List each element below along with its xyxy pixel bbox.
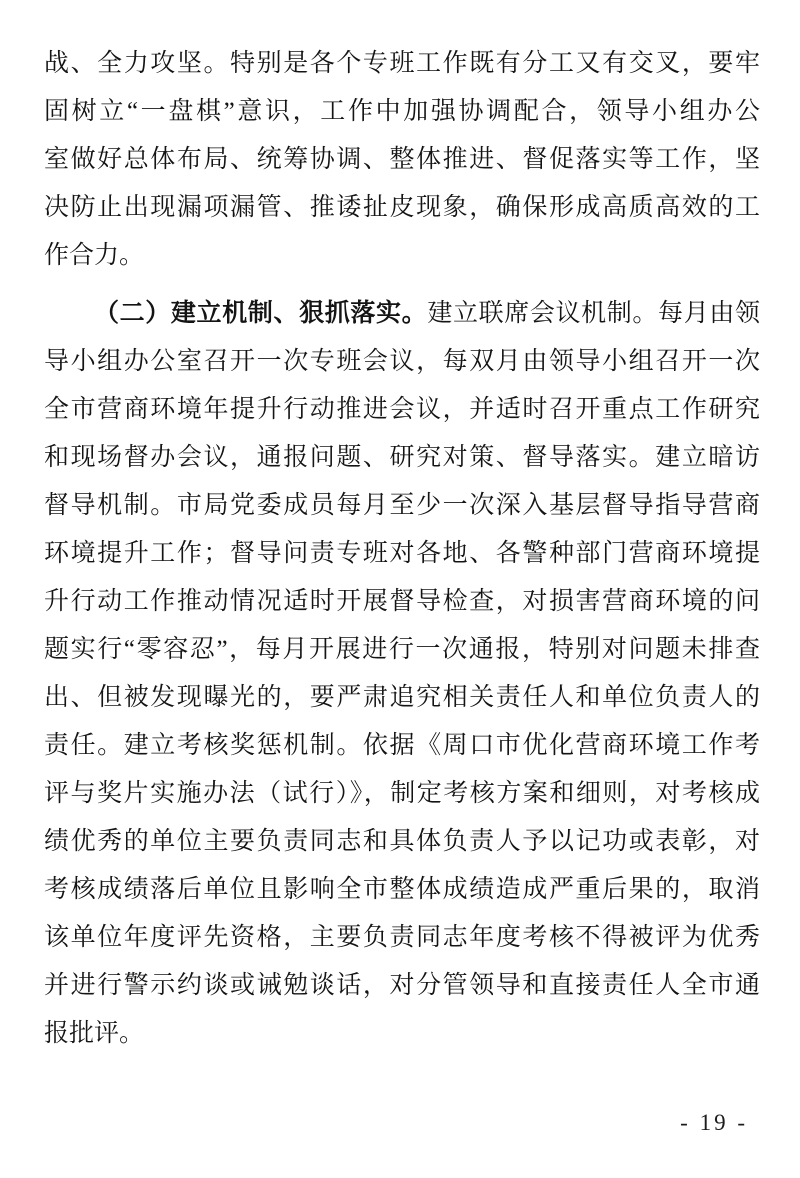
text-line: 并进行警示约谈或诫勉谈话，对分管领导和直接责任人全市通 [44,962,760,1010]
text-line: 导小组办公室召开一次专班会议，每双月由领导小组召开一次 [44,338,760,386]
paragraph-1: 战、全力攻坚。特别是各个专班工作既有分工又有交叉，要牢固树立“一盘棋”意识，工作… [44,40,760,280]
text-segment: 作合力。 [44,242,144,269]
text-segment: 建立联席会议机制。每月由领 [427,300,760,327]
text-line: 环境提升工作；督导问责专班对各地、各警种部门营商环境提 [44,530,760,578]
text-line: 该单位年度评先资格，主要负责同志年度考核不得被评为优秀 [44,914,760,962]
text-segment: 决防止出现漏项漏管、推诿扯皮现象，确保形成高质高效的工 [44,194,760,221]
text-segment: 报批评。 [44,1020,144,1047]
text-line: 和现场督办会议，通报问题、研究对策、督导落实。建立暗访 [44,434,760,482]
text-segment: 并进行警示约谈或诫勉谈话，对分管领导和直接责任人全市通 [44,972,760,999]
text-segment: 责任。建立考核奖惩机制。依据《周口市优化营商环境工作考 [44,732,760,759]
text-segment: 绩优秀的单位主要负责同志和具体负责人予以记功或表彰，对 [44,828,760,855]
text-line: 决防止出现漏项漏管、推诿扯皮现象，确保形成高质高效的工 [44,184,760,232]
bold-text-segment: （二）建立机制、狠抓落实。 [94,300,427,327]
text-segment: 固树立“一盘棋”意识，工作中加强协调配合，领导小组办公 [44,98,760,125]
text-segment: 出、但被发现曝光的，要严肃追究相关责任人和单位负责人的 [44,684,760,711]
text-line: 评与奖片实施办法（试行）》，制定考核方案和细则，对考核成 [44,770,760,818]
text-line: 报批评。 [44,1010,760,1058]
text-line: 出、但被发现曝光的，要严肃追究相关责任人和单位负责人的 [44,674,760,722]
text-line: 督导机制。市局党委成员每月至少一次深入基层督导指导营商 [44,482,760,530]
text-segment: 评与奖片实施办法（试行）》，制定考核方案和细则，对考核成 [44,780,760,807]
text-segment: 室做好总体布局、统筹协调、整体推进、督促落实等工作，坚 [44,146,760,173]
page-number: - 19 - [680,1110,748,1136]
text-segment: 督导机制。市局党委成员每月至少一次深入基层督导指导营商 [44,492,760,519]
text-segment: 该单位年度评先资格，主要负责同志年度考核不得被评为优秀 [44,924,760,951]
text-segment: 题实行“零容忍”，每月开展进行一次通报，特别对问题未排查 [44,636,760,663]
text-line: 全市营商环境年提升行动推进会议，并适时召开重点工作研究 [44,386,760,434]
text-line: 考核成绩落后单位且影响全市整体成绩造成严重后果的，取消 [44,866,760,914]
text-line: 题实行“零容忍”，每月开展进行一次通报，特别对问题未排查 [44,626,760,674]
document-body: 战、全力攻坚。特别是各个专班工作既有分工又有交叉，要牢固树立“一盘棋”意识，工作… [44,40,760,1058]
paragraph-2: （二）建立机制、狠抓落实。建立联席会议机制。每月由领导小组办公室召开一次专班会议… [44,290,760,1058]
text-segment: 升行动工作推动情况适时开展督导检查，对损害营商环境的问 [44,588,760,615]
text-line: 战、全力攻坚。特别是各个专班工作既有分工又有交叉，要牢 [44,40,760,88]
text-segment: 战、全力攻坚。特别是各个专班工作既有分工又有交叉，要牢 [44,50,760,77]
text-line: 绩优秀的单位主要负责同志和具体负责人予以记功或表彰，对 [44,818,760,866]
document-page: 战、全力攻坚。特别是各个专班工作既有分工又有交叉，要牢固树立“一盘棋”意识，工作… [0,0,800,1178]
text-line: 作合力。 [44,232,760,280]
text-segment: 和现场督办会议，通报问题、研究对策、督导落实。建立暗访 [44,444,760,471]
text-line: 室做好总体布局、统筹协调、整体推进、督促落实等工作，坚 [44,136,760,184]
text-segment: 考核成绩落后单位且影响全市整体成绩造成严重后果的，取消 [44,876,760,903]
text-line: 升行动工作推动情况适时开展督导检查，对损害营商环境的问 [44,578,760,626]
text-line: 固树立“一盘棋”意识，工作中加强协调配合，领导小组办公 [44,88,760,136]
text-segment: 导小组办公室召开一次专班会议，每双月由领导小组召开一次 [44,348,760,375]
text-line: 责任。建立考核奖惩机制。依据《周口市优化营商环境工作考 [44,722,760,770]
text-segment: 全市营商环境年提升行动推进会议，并适时召开重点工作研究 [44,396,760,423]
text-segment: 环境提升工作；督导问责专班对各地、各警种部门营商环境提 [44,540,760,567]
text-line: （二）建立机制、狠抓落实。建立联席会议机制。每月由领 [44,290,760,338]
